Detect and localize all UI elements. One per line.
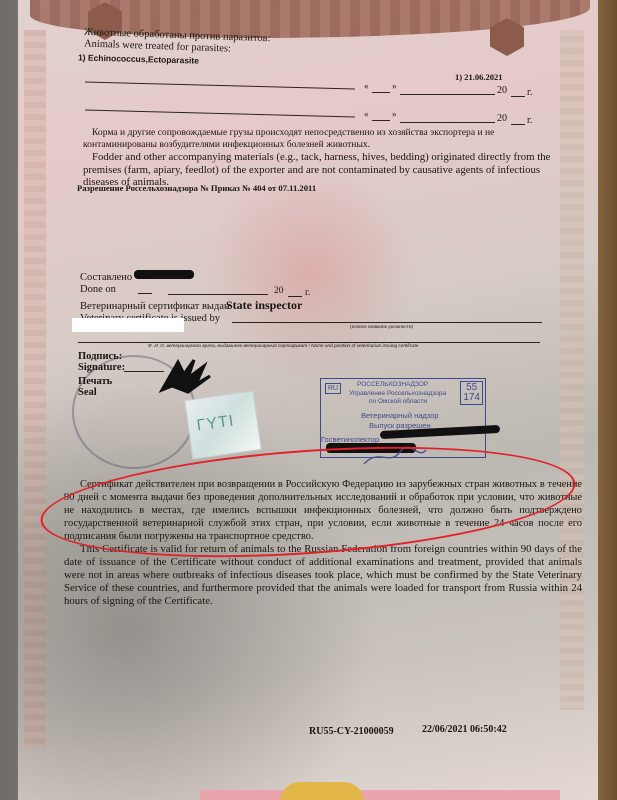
issued-by-value: State inspector bbox=[226, 299, 302, 311]
certificate-number: RU55-CY-21000059 bbox=[309, 727, 394, 737]
underline bbox=[400, 94, 495, 95]
seal-label-en: Seal bbox=[78, 388, 97, 399]
signature-label-ru: Подпись: bbox=[78, 352, 122, 363]
fodder-ru-line2: контаминированы возбудителями инфекционн… bbox=[83, 140, 370, 150]
date-quote-open: « bbox=[364, 82, 369, 91]
done-on-year-prefix: 20 bbox=[274, 287, 284, 297]
gold-ornament bbox=[280, 782, 364, 800]
fodder-en-line2: premises (farm, apiary, feedlot) of the … bbox=[83, 165, 540, 176]
underline bbox=[372, 120, 390, 121]
stamp-number: 55 174 bbox=[460, 381, 483, 405]
issue-timestamp: 22/06/2021 06:50:42 bbox=[422, 725, 507, 735]
decorative-border-bottom bbox=[200, 790, 560, 800]
seal-label-ru: Печать bbox=[78, 377, 112, 388]
underline bbox=[372, 92, 390, 93]
stamp-service: Ветеринарный надзор bbox=[361, 412, 438, 420]
date-quote-open: « bbox=[364, 110, 369, 119]
redaction-box bbox=[72, 318, 184, 332]
fodder-en-line1: Fodder and other accompanying materials … bbox=[92, 152, 550, 163]
treatment-date: 1) 21.06.2021 bbox=[455, 73, 502, 82]
done-on-year-suffix: г. bbox=[305, 289, 310, 299]
underline bbox=[138, 293, 152, 294]
position-caption: (полное название должности) bbox=[350, 325, 413, 330]
stamp-office-1: Управление Россельхознадзора bbox=[349, 391, 446, 398]
date-quote-close: » bbox=[392, 110, 397, 119]
underline bbox=[511, 96, 525, 97]
signature-scribble bbox=[158, 356, 214, 396]
done-on-en: Done on bbox=[80, 285, 116, 296]
done-on-ru: Составлено bbox=[80, 273, 132, 284]
hologram-sticker: ΓΥΤΙ bbox=[184, 390, 262, 459]
underline bbox=[511, 124, 525, 125]
issued-by-ru: Ветеринарный сертификат выдан bbox=[80, 302, 230, 313]
stamp-number-bottom: 174 bbox=[463, 392, 480, 403]
date-quote-close: » bbox=[392, 82, 397, 91]
underline bbox=[400, 122, 495, 123]
underline bbox=[288, 296, 302, 297]
fodder-ru-line1: Корма и другие сопровождаемые грузы прои… bbox=[92, 128, 494, 138]
hologram-text: ΓΥΤΙ bbox=[196, 412, 236, 435]
redaction-bar bbox=[134, 270, 194, 279]
underline bbox=[232, 322, 542, 323]
stamp-office-2: по Омской области bbox=[369, 399, 427, 406]
stamp-agency: РОССЕЛЬХОЗНАДЗОР bbox=[357, 382, 428, 389]
signature-label-en: Signature: bbox=[78, 363, 125, 374]
date-year-suffix: г. bbox=[527, 116, 532, 126]
name-caption: Ф. И. О. ветеринарного врача, выдавшего … bbox=[148, 344, 418, 349]
underline bbox=[168, 294, 268, 295]
date-year-prefix: 20 bbox=[497, 86, 507, 96]
date-year-prefix: 20 bbox=[497, 114, 507, 124]
decorative-border-right bbox=[560, 30, 584, 710]
date-year-suffix: г. bbox=[527, 88, 532, 98]
coat-of-arms-watermark bbox=[210, 160, 410, 390]
permit-reference: Разрешение Россельхознадзора № Приказ № … bbox=[77, 184, 316, 193]
country-code: RU bbox=[325, 383, 341, 394]
